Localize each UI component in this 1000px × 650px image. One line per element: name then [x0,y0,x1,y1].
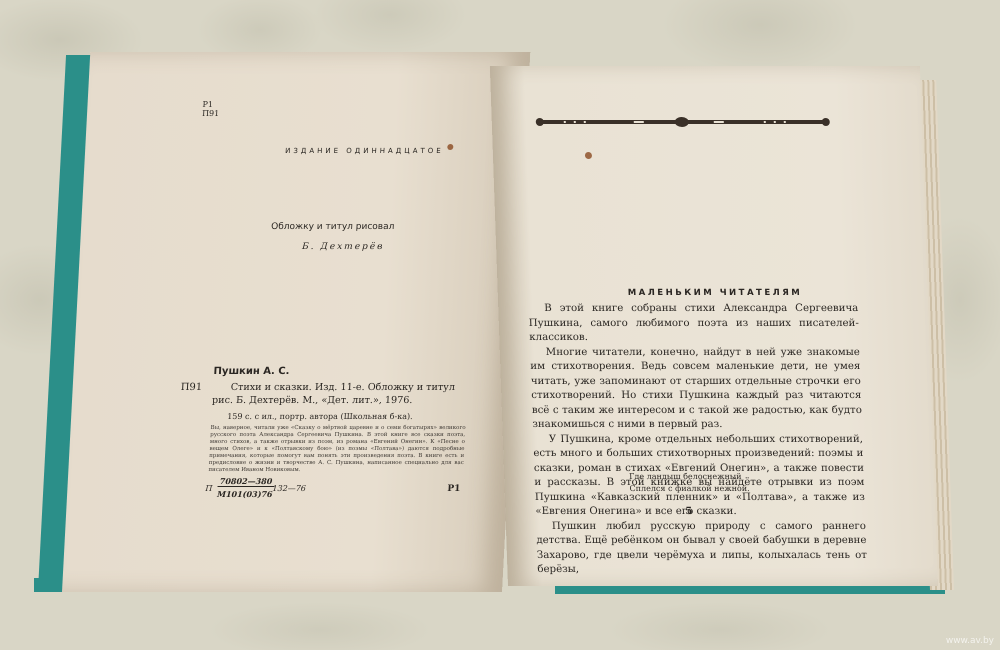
rust-stain [585,152,592,159]
decorative-ornament-bar [534,116,832,128]
watermark: www.av.by [946,636,994,646]
paragraph: В этой книге собраны стихи Александра Се… [528,302,860,346]
fraction-suffix: 132—76 [272,484,306,493]
corner-code-p91: П91 [202,109,220,118]
rust-stain [447,144,453,150]
corner-code-r1: Р1 [202,100,213,109]
paragraph: Пушкин любил русскую природу с самого ра… [536,520,868,578]
intro-text: В этой книге собраны стихи Александра Се… [528,302,868,578]
right-page-5: МАЛЕНЬКИМ ЧИТАТЕЛЯМ В этой книге собраны… [490,66,938,586]
verse-line-2: Сплелся с фиалкой нежной. [629,484,749,493]
illustrator-name: Б. Дехтерёв [302,242,385,252]
paragraph: Многие читатели, конечно, найдут в ней у… [530,346,863,433]
left-page-imprint: Р1 П91 ИЗДАНИЕ ОДИННАДЦАТОЕ Обложку и ти… [62,52,530,592]
catalog-code: П91 [180,382,202,393]
catalog-annotation: Вы, наверное, читали уже «Сказку о мёртв… [208,425,466,474]
page-number: 5 [685,506,692,517]
illustrator-line: Обложку и титул рисовал [271,222,395,232]
catalog-title-2: рис. Б. Дехтерёв. М., «Дет. лит.», 1976. [212,395,413,406]
fraction-bottom: М101(03)76 [217,489,273,499]
class-code: Р1 [447,484,461,494]
fraction-top: 70802—380 [218,476,275,487]
fraction-prefix: П [205,484,212,493]
catalog-title-1: Стихи и сказки. Изд. 11-е. Обложку и тит… [230,382,455,393]
edition-label: ИЗДАНИЕ ОДИННАДЦАТОЕ [285,147,444,155]
verse-line-1: Где ландыш белоснежный [629,472,742,481]
catalog-author: Пушкин А. С. [213,366,289,377]
catalog-pages: 159 с. с ил., портр. автора (Школьная б-… [227,412,413,421]
section-heading: МАЛЕНЬКИМ ЧИТАТЕЛЯМ [628,288,803,298]
